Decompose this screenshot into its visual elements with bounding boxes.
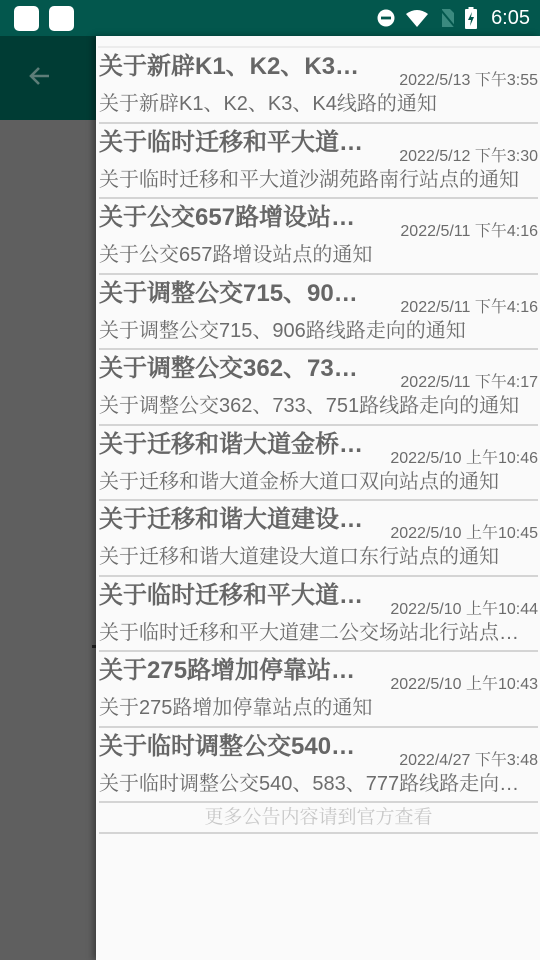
notice-date: 2022/5/11 下午4:16 — [400, 294, 538, 317]
notice-desc: 关于临时迁移和平大道建二公交场站北行站点的通知 — [99, 619, 531, 647]
arrow-left-icon[interactable] — [27, 63, 53, 93]
notice-item[interactable]: 关于临时迁移和平大道建二公交场站北行站点的通知 2022/5/10 上午10:4… — [99, 577, 538, 653]
notice-item[interactable]: 关于迁移和谐大道建设大道口东行站点的通知 2022/5/10 上午10:45 关… — [99, 501, 538, 577]
notice-list[interactable]: 关于新辟K1、K2、K3、K4线路的通知 2022/5/13 下午3:55 关于… — [99, 48, 538, 834]
notice-item[interactable]: 关于迁移和谐大道金桥大道口双向站点的通知 2022/5/10 上午10:46 关… — [99, 426, 538, 502]
wifi-icon — [405, 9, 429, 27]
notice-item[interactable]: 关于新辟K1、K2、K3、K4线路的通知 2022/5/13 下午3:55 关于… — [99, 48, 538, 124]
notice-title: 关于公交657路增设站点的通知 — [99, 201, 371, 235]
notice-desc: 关于迁移和谐大道建设大道口东行站点的通知 — [99, 543, 531, 571]
notice-desc: 关于275路增加停靠站点的通知 — [99, 694, 531, 722]
notification-square-icon — [49, 6, 74, 31]
notice-desc: 关于新辟K1、K2、K3、K4线路的通知 — [99, 90, 531, 118]
notice-date: 2022/4/27 下午3:48 — [399, 747, 538, 770]
scrim[interactable] — [0, 120, 96, 960]
notice-item[interactable]: 关于275路增加停靠站点的通知 2022/5/10 上午10:43 关于275路… — [99, 652, 538, 728]
app-background — [0, 36, 96, 960]
notice-title: 关于调整公交715、906路线路走向的通知 — [99, 277, 371, 311]
notice-item[interactable]: 关于公交657路增设站点的通知 2022/5/11 下午4:16 关于公交657… — [99, 199, 538, 275]
notice-date: 2022/5/11 下午4:17 — [400, 369, 538, 392]
notice-desc: 关于临时迁移和平大道沙湖苑路南行站点的通知 — [99, 166, 531, 194]
notice-item[interactable]: 关于临时迁移和平大道沙湖苑路南行站点的通知 2022/5/12 下午3:30 关… — [99, 124, 538, 200]
notification-square-icon — [14, 6, 39, 31]
notice-desc: 关于临时调整公交540、583、777路线路走向的通知 — [99, 770, 531, 798]
notice-item[interactable]: 关于调整公交715、906路线路走向的通知 2022/5/11 下午4:16 关… — [99, 275, 538, 351]
notice-desc: 关于调整公交715、906路线路走向的通知 — [99, 317, 531, 345]
notice-title: 关于调整公交362、733、751路线路走向的通知 — [99, 352, 371, 386]
notice-title: 关于迁移和谐大道建设大道口东行站点的通知 — [99, 503, 371, 537]
notification-icons — [14, 6, 74, 31]
notice-drawer: 关于新辟K1、K2、K3、K4线路的通知 2022/5/13 下午3:55 关于… — [96, 36, 540, 960]
notice-date: 2022/5/10 上午10:44 — [390, 596, 538, 619]
notice-desc: 关于公交657路增设站点的通知 — [99, 241, 531, 269]
notice-date: 2022/5/13 下午3:55 — [399, 67, 538, 90]
notice-date: 2022/5/10 上午10:43 — [390, 671, 538, 694]
battery-charging-icon — [465, 7, 477, 29]
notice-title: 关于临时迁移和平大道建二公交场站北行站点的通知 — [99, 579, 371, 613]
notice-date: 2022/5/11 下午4:16 — [400, 218, 538, 241]
notice-desc: 关于调整公交362、733、751路线路走向的通知 — [99, 392, 531, 420]
notice-item[interactable]: 关于调整公交362、733、751路线路走向的通知 2022/5/11 下午4:… — [99, 350, 538, 426]
notice-date: 2022/5/10 上午10:45 — [390, 520, 538, 543]
notice-date: 2022/5/12 下午3:30 — [399, 143, 538, 166]
more-notices-note: 更多公告内容请到官方查看 — [99, 803, 538, 834]
clock: 6:05 — [491, 7, 530, 30]
notice-title: 关于275路增加停靠站点的通知 — [99, 654, 371, 688]
status-bar: 6:05 — [0, 0, 540, 36]
do-not-disturb-icon — [377, 9, 395, 27]
notice-title: 关于迁移和谐大道金桥大道口双向站点的通知 — [99, 428, 371, 462]
notice-desc: 关于迁移和谐大道金桥大道口双向站点的通知 — [99, 468, 531, 496]
no-sim-icon — [439, 8, 455, 28]
notice-title: 关于新辟K1、K2、K3、K4线路的通知 — [99, 50, 371, 84]
notice-title: 关于临时迁移和平大道沙湖苑路南行站点的通知 — [99, 126, 371, 160]
app-toolbar — [0, 36, 96, 120]
system-icons: 6:05 — [377, 7, 530, 30]
notice-title: 关于临时调整公交540、583、777路线路走向的通知 — [99, 730, 371, 764]
notice-item[interactable]: 关于临时调整公交540、583、777路线路走向的通知 2022/4/27 下午… — [99, 728, 538, 804]
notice-date: 2022/5/10 上午10:46 — [390, 445, 538, 468]
